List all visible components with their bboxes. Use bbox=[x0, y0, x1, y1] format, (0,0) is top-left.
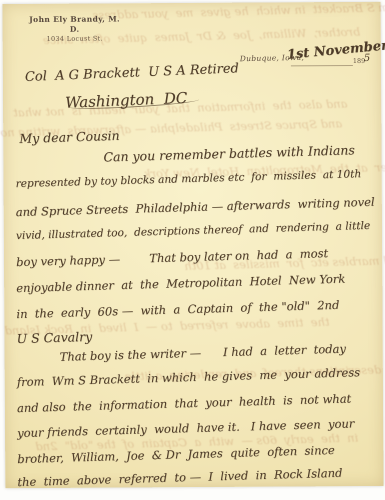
letter-line: the time above referred to — I lived in … bbox=[17, 466, 342, 489]
salutation: My dear Cousin bbox=[19, 128, 120, 146]
letter-line: enjoyable dinner at the Metropolitan Hot… bbox=[16, 272, 345, 295]
letter-paper: from Wm S Brackett in which he gives me … bbox=[3, 2, 384, 488]
letter-line: represented by toy blocks and marbles et… bbox=[15, 168, 361, 190]
recipient-line-1: Col A G Brackett U S A Retired bbox=[25, 61, 239, 85]
letter-line: brother, William, Joe & Dr James quite o… bbox=[17, 443, 335, 466]
letter-line: in the early 60s — with a Captain of the… bbox=[16, 298, 339, 321]
letter-line: U S Cavalry bbox=[16, 329, 92, 346]
letterhead-name: John Ely Brandy, M. D. bbox=[25, 14, 125, 35]
letter-line: and Spruce Streets Philadelphia — afterw… bbox=[16, 195, 375, 219]
letter-line: That boy is the writer — I had a letter … bbox=[59, 342, 346, 364]
letter-photo: from Wm S Brackett in which he gives me … bbox=[0, 0, 385, 500]
dateline-rule bbox=[291, 65, 353, 66]
letterhead: John Ely Brandy, M. D. 1034 Locust St. bbox=[25, 14, 125, 44]
dateline-year-handwritten: 5 bbox=[364, 53, 370, 64]
letterhead-address: 1034 Locust St. bbox=[25, 34, 125, 44]
bleedthrough-line: from Wm S Brackett in which he gives me … bbox=[92, 0, 385, 22]
ink-bleedthrough-layer: from Wm S Brackett in which he gives me … bbox=[3, 2, 381, 4]
letter-line: boy very happy — That boy later on had a… bbox=[16, 246, 328, 269]
letter-line: from Wm S Brackett in which he gives me … bbox=[17, 365, 361, 389]
letter-line: and also the information that your healt… bbox=[17, 391, 352, 415]
letter-line: your friends certainly would have it. I … bbox=[17, 416, 355, 440]
letter-line: Can you remember battles with Indians bbox=[103, 142, 355, 164]
letter-line: vivid, illustrated too, descriptions the… bbox=[16, 220, 371, 242]
